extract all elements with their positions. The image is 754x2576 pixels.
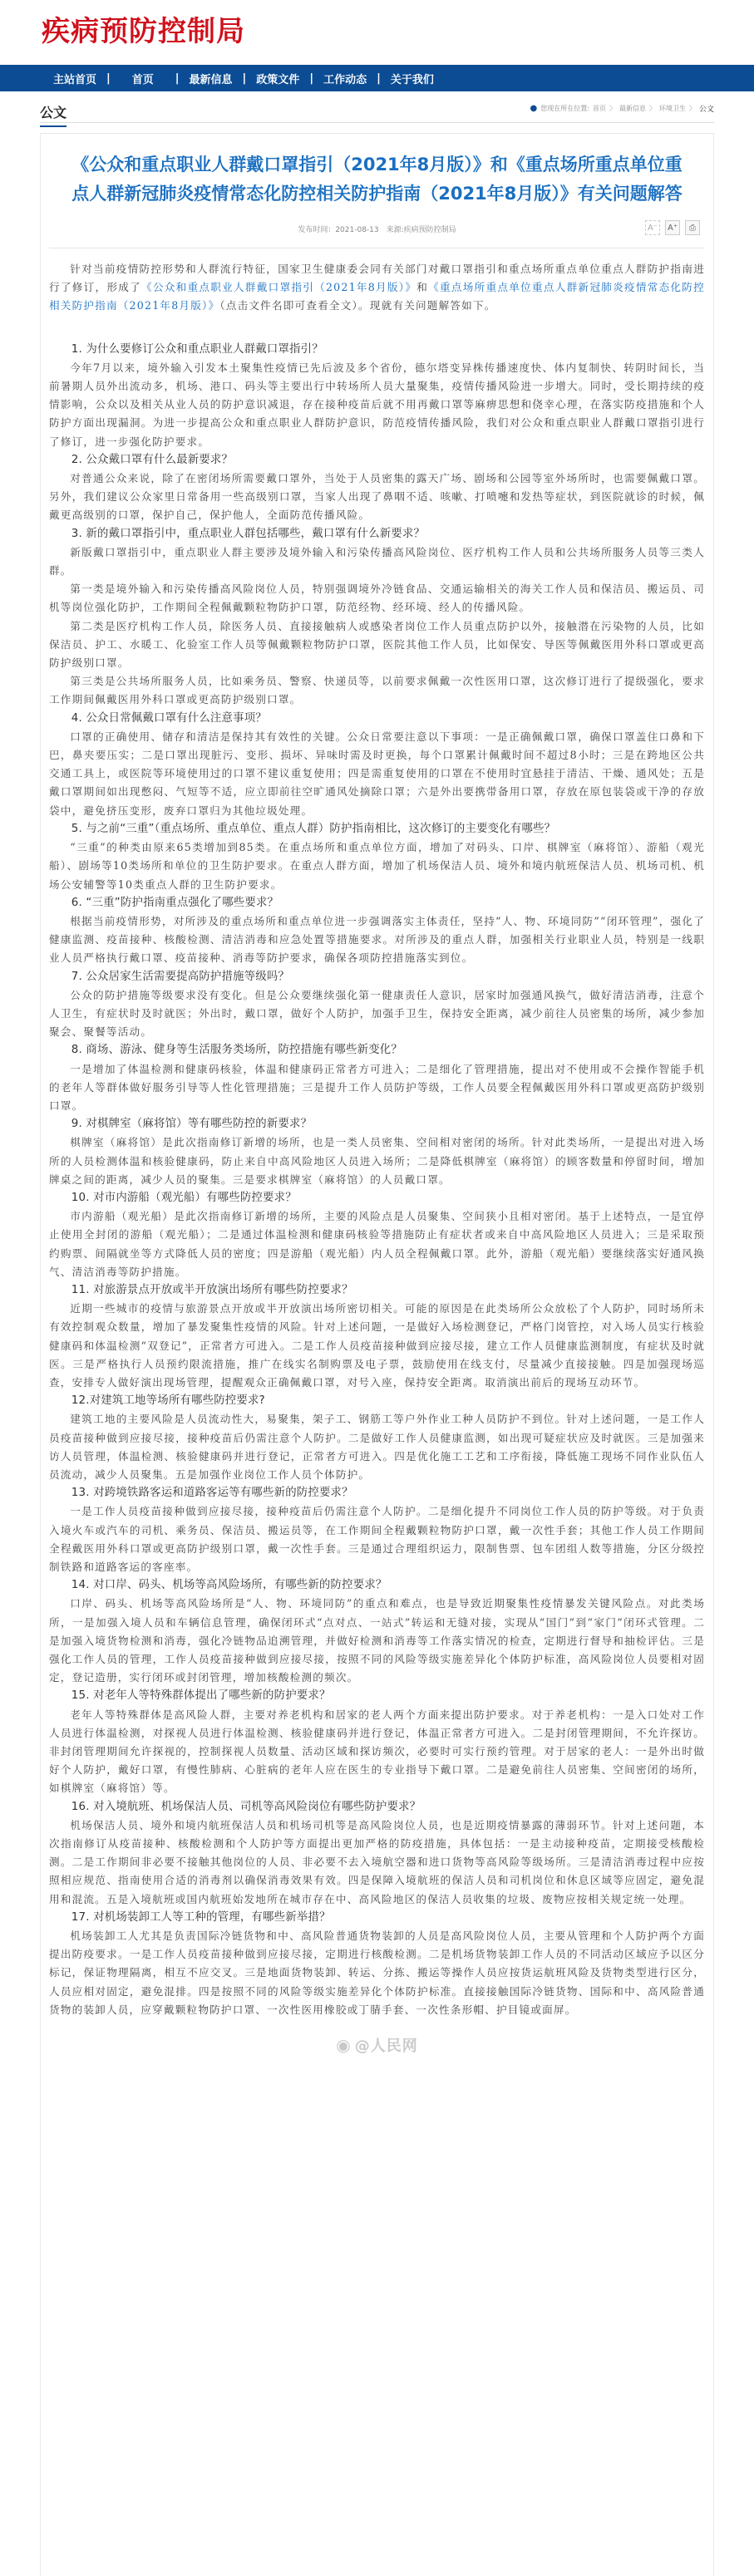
watermark-text: @人民网 (355, 2038, 418, 2055)
weibo-icon: ◉ (336, 2035, 351, 2055)
article-content: 针对当前疫情防控形势和人群流行特征，国家卫生健康委会同有关部门对戴口罩指引和重点… (49, 248, 705, 2056)
nav-item-policy-docs[interactable]: 政策文件 (249, 71, 306, 86)
nav-separator: | (239, 72, 250, 85)
answer-paragraph: 一是增加了体温检测和健康码核验，体温和健康码正常者方可进入；二是细化了管理措施，… (49, 1060, 705, 1116)
question-heading: 14. 对口岸、码头、机场等高风险场所，有哪些新的防控要求？ (49, 1576, 705, 1595)
print-icon: ⎙ (689, 224, 696, 233)
breadcrumb-item-env-health[interactable]: 环境卫生 (659, 104, 686, 113)
breadcrumb-current: 公文 (699, 103, 714, 114)
intro-text: 和 (416, 281, 428, 293)
breadcrumb: ● 您现在所在位置: 首页 〉 最新信息 〉 环境卫生 〉 公文 (530, 103, 714, 114)
nav-separator: | (373, 72, 384, 85)
nav-item-latest-info[interactable]: 最新信息 (183, 71, 239, 86)
nav-separator: | (103, 72, 114, 85)
question-heading: 13. 对跨境铁路客运和道路客运等有哪些新的防控要求？ (49, 1484, 705, 1502)
nav-item-about-us[interactable]: 关于我们 (384, 71, 441, 86)
question-heading: 11. 对旅游景点开放或半开放演出场所有哪些防控要求？ (49, 1281, 705, 1300)
location-pin-icon: ● (530, 104, 538, 113)
nav-item-work-news[interactable]: 工作动态 (317, 71, 373, 86)
nav-separator: | (306, 72, 317, 85)
question-heading: 2. 公众戴口罩有什么最新要求？ (49, 451, 705, 469)
answer-paragraph: 第二类是医疗机构工作人员，除医务人员、直接接触病人或感染者岗位工作人员重点防护以… (49, 617, 705, 673)
question-heading: 5. 与之前“三重”（重点场所、重点单位、重点人群）防护指南相比，这次修订的主要… (49, 820, 705, 838)
site-title[interactable]: 疾病预防控制局 (42, 8, 245, 49)
question-heading: 12.对建筑工地等场所有哪些防控要求? (49, 1392, 705, 1410)
nav-item-main-home[interactable]: 主站首页 (47, 71, 103, 86)
question-heading: 4. 公众日常佩戴口罩有什么注意事项？ (49, 710, 705, 728)
print-button[interactable]: ⎙ (685, 220, 700, 235)
answer-paragraph: 近期一些城市的疫情与旅游景点开放或半开放演出场所密切相关。可能的原因是在此类场所… (49, 1300, 705, 1392)
answer-paragraph: 今年7月以来，境外输入引发本土聚集性疫情已先后波及多个省份，德尔塔变异株传播速度… (49, 359, 705, 451)
breadcrumb-item-latest-info[interactable]: 最新信息 (619, 104, 646, 113)
site-header: 疾病预防控制局 (0, 0, 754, 65)
answer-paragraph: 新版戴口罩指引中，重点职业人群主要涉及境外输入和污染传播高风险岗位、医疗机构工作… (49, 543, 705, 580)
answer-paragraph: 机场保洁人员、境外和境内航班保洁人员和机场司机等是高风险岗位人员，也是近期疫情暴… (49, 1816, 705, 1909)
nav-separator: | (172, 72, 183, 85)
question-heading: 8. 商场、游泳、健身等生活服务类场所，防控措施有哪些新变化？ (49, 1041, 705, 1059)
question-heading: 7. 公众居家生活需要提高防护措施等级吗？ (49, 968, 705, 986)
article-tools: A⁻ A⁺ ⎙ (645, 220, 700, 235)
intro-text: （点击文件名即可查看全文）。现就有关问题解答如下。 (219, 299, 495, 312)
nav-item-home[interactable]: 首页 (114, 71, 172, 86)
intro-paragraph: 针对当前疫情防控形势和人群流行特征，国家卫生健康委会同有关部门对戴口罩指引和重点… (49, 260, 705, 316)
font-decrease-button[interactable]: A⁻ (645, 220, 660, 235)
answer-paragraph: 棋牌室（麻将馆）是此次指南修订新增的场所，也是一类人员密集、空间相对密闭的场所。… (49, 1133, 705, 1189)
font-increase-button[interactable]: A⁺ (665, 220, 680, 235)
answer-paragraph: 口岸、码头、机场等高风险场所是“人、物、环境同防”的重点和难点，也是导致近期聚集… (49, 1595, 705, 1687)
answer-paragraph: 第三类是公共场所服务人员，比如乘务员、警察、快递员等，以前要求佩戴一次性医用口罩… (49, 672, 705, 709)
breadcrumb-sep-icon: 〉 (609, 104, 616, 113)
qa-list: 1. 为什么要修订公众和重点职业人群戴口罩指引？今年7月以来，境外输入引发本土聚… (49, 341, 705, 2019)
question-heading: 3. 新的戴口罩指引中，重点职业人群包括哪些，戴口罩有什么新要求？ (49, 525, 705, 543)
main-nav: 主站首页 | 首页 | 最新信息 | 政策文件 | 工作动态 | 关于我们 (0, 65, 754, 91)
answer-paragraph: “三重”的种类由原来65类增加到85类。在重点场所和重点单位方面，增加了对码头、… (49, 838, 705, 894)
article-meta: 发布时间：2021-08-13 来源:疾病预防控制局 (49, 224, 705, 234)
breadcrumb-item-home[interactable]: 首页 (593, 104, 606, 113)
article: 《公众和重点职业人群戴口罩指引（2021年8月版）》和《重点场所重点单位重点人群… (40, 133, 714, 2576)
section-title: 公文 (40, 102, 67, 127)
watermark: ◉@人民网 (49, 2034, 705, 2056)
breadcrumb-sep-icon: 〉 (689, 104, 696, 113)
article-title: 《公众和重点职业人群戴口罩指引（2021年8月版）》和《重点场所重点单位重点人群… (49, 150, 705, 209)
answer-paragraph: 对普通公众来说，除了在密闭场所需要戴口罩外，当处于人员密集的露天广场、剧场和公园… (49, 469, 705, 525)
answer-paragraph: 机场装卸工人尤其是负责国际冷链货物和中、高风险普通货物装卸的人员是高风险岗位人员… (49, 1927, 705, 2019)
question-heading: 15. 对老年人等特殊群体提出了哪些新的防护要求？ (49, 1687, 705, 1705)
question-heading: 9. 对棋牌室（麻将馆）等有哪些防控的新要求？ (49, 1115, 705, 1133)
answer-paragraph: 市内游船（观光船）是此次指南修订新增的场所，主要的风险点是人员聚集、空间狭小且相… (49, 1207, 705, 1281)
answer-paragraph: 第一类是境外输入和污染传播高风险岗位人员，特别强调境外冷链食品、交通运输相关的海… (49, 580, 705, 617)
answer-paragraph: 根据当前疫情形势，对所涉及的重点场所和重点单位进一步强调落实主体责任，坚持“人、… (49, 912, 705, 968)
breadcrumb-prefix: 您现在所在位置: (540, 104, 589, 113)
breadcrumb-sep-icon: 〉 (649, 104, 656, 113)
answer-paragraph: 建筑工地的主要风险是人员流动性大，易聚集，架子工、钢筋工等户外作业工种人员防护不… (49, 1410, 705, 1484)
question-heading: 1. 为什么要修订公众和重点职业人群戴口罩指引？ (49, 341, 705, 359)
section-header: 公文 ● 您现在所在位置: 首页 〉 最新信息 〉 环境卫生 〉 公文 (40, 91, 714, 123)
question-heading: 17. 对机场装卸工人等工种的管理，有哪些新举措？ (49, 1909, 705, 1927)
question-heading: 10. 对市内游船（观光船）有哪些防控要求？ (49, 1189, 705, 1207)
answer-paragraph: 老年人等特殊群体是高风险人群，主要对养老机构和居家的老人两个方面来提出防护要求。… (49, 1706, 705, 1798)
answer-paragraph: 口罩的正确使用、储存和清洁是保持其有效性的关键。公众日常要注意以下事项：一是正确… (49, 728, 705, 820)
mask-guideline-link[interactable]: 《公众和重点职业人群戴口罩指引（2021年8月版）》 (141, 281, 416, 293)
question-heading: 16. 对入境航班、机场保洁人员、司机等高风险岗位有哪些防护要求？ (49, 1798, 705, 1816)
answer-paragraph: 一是工作人员疫苗接种做到应接尽接，接种疫苗后仍需注意个人防护。二是细化提升不同岗… (49, 1502, 705, 1576)
article-meta-row: 发布时间：2021-08-13 来源:疾病预防控制局 A⁻ A⁺ ⎙ (49, 214, 705, 248)
answer-paragraph: 公众的防护措施等级要求没有变化。但是公众要继续强化第一健康责任人意识，居家时加强… (49, 986, 705, 1042)
question-heading: 6. “三重”防护指南重点强化了哪些要求？ (49, 894, 705, 912)
